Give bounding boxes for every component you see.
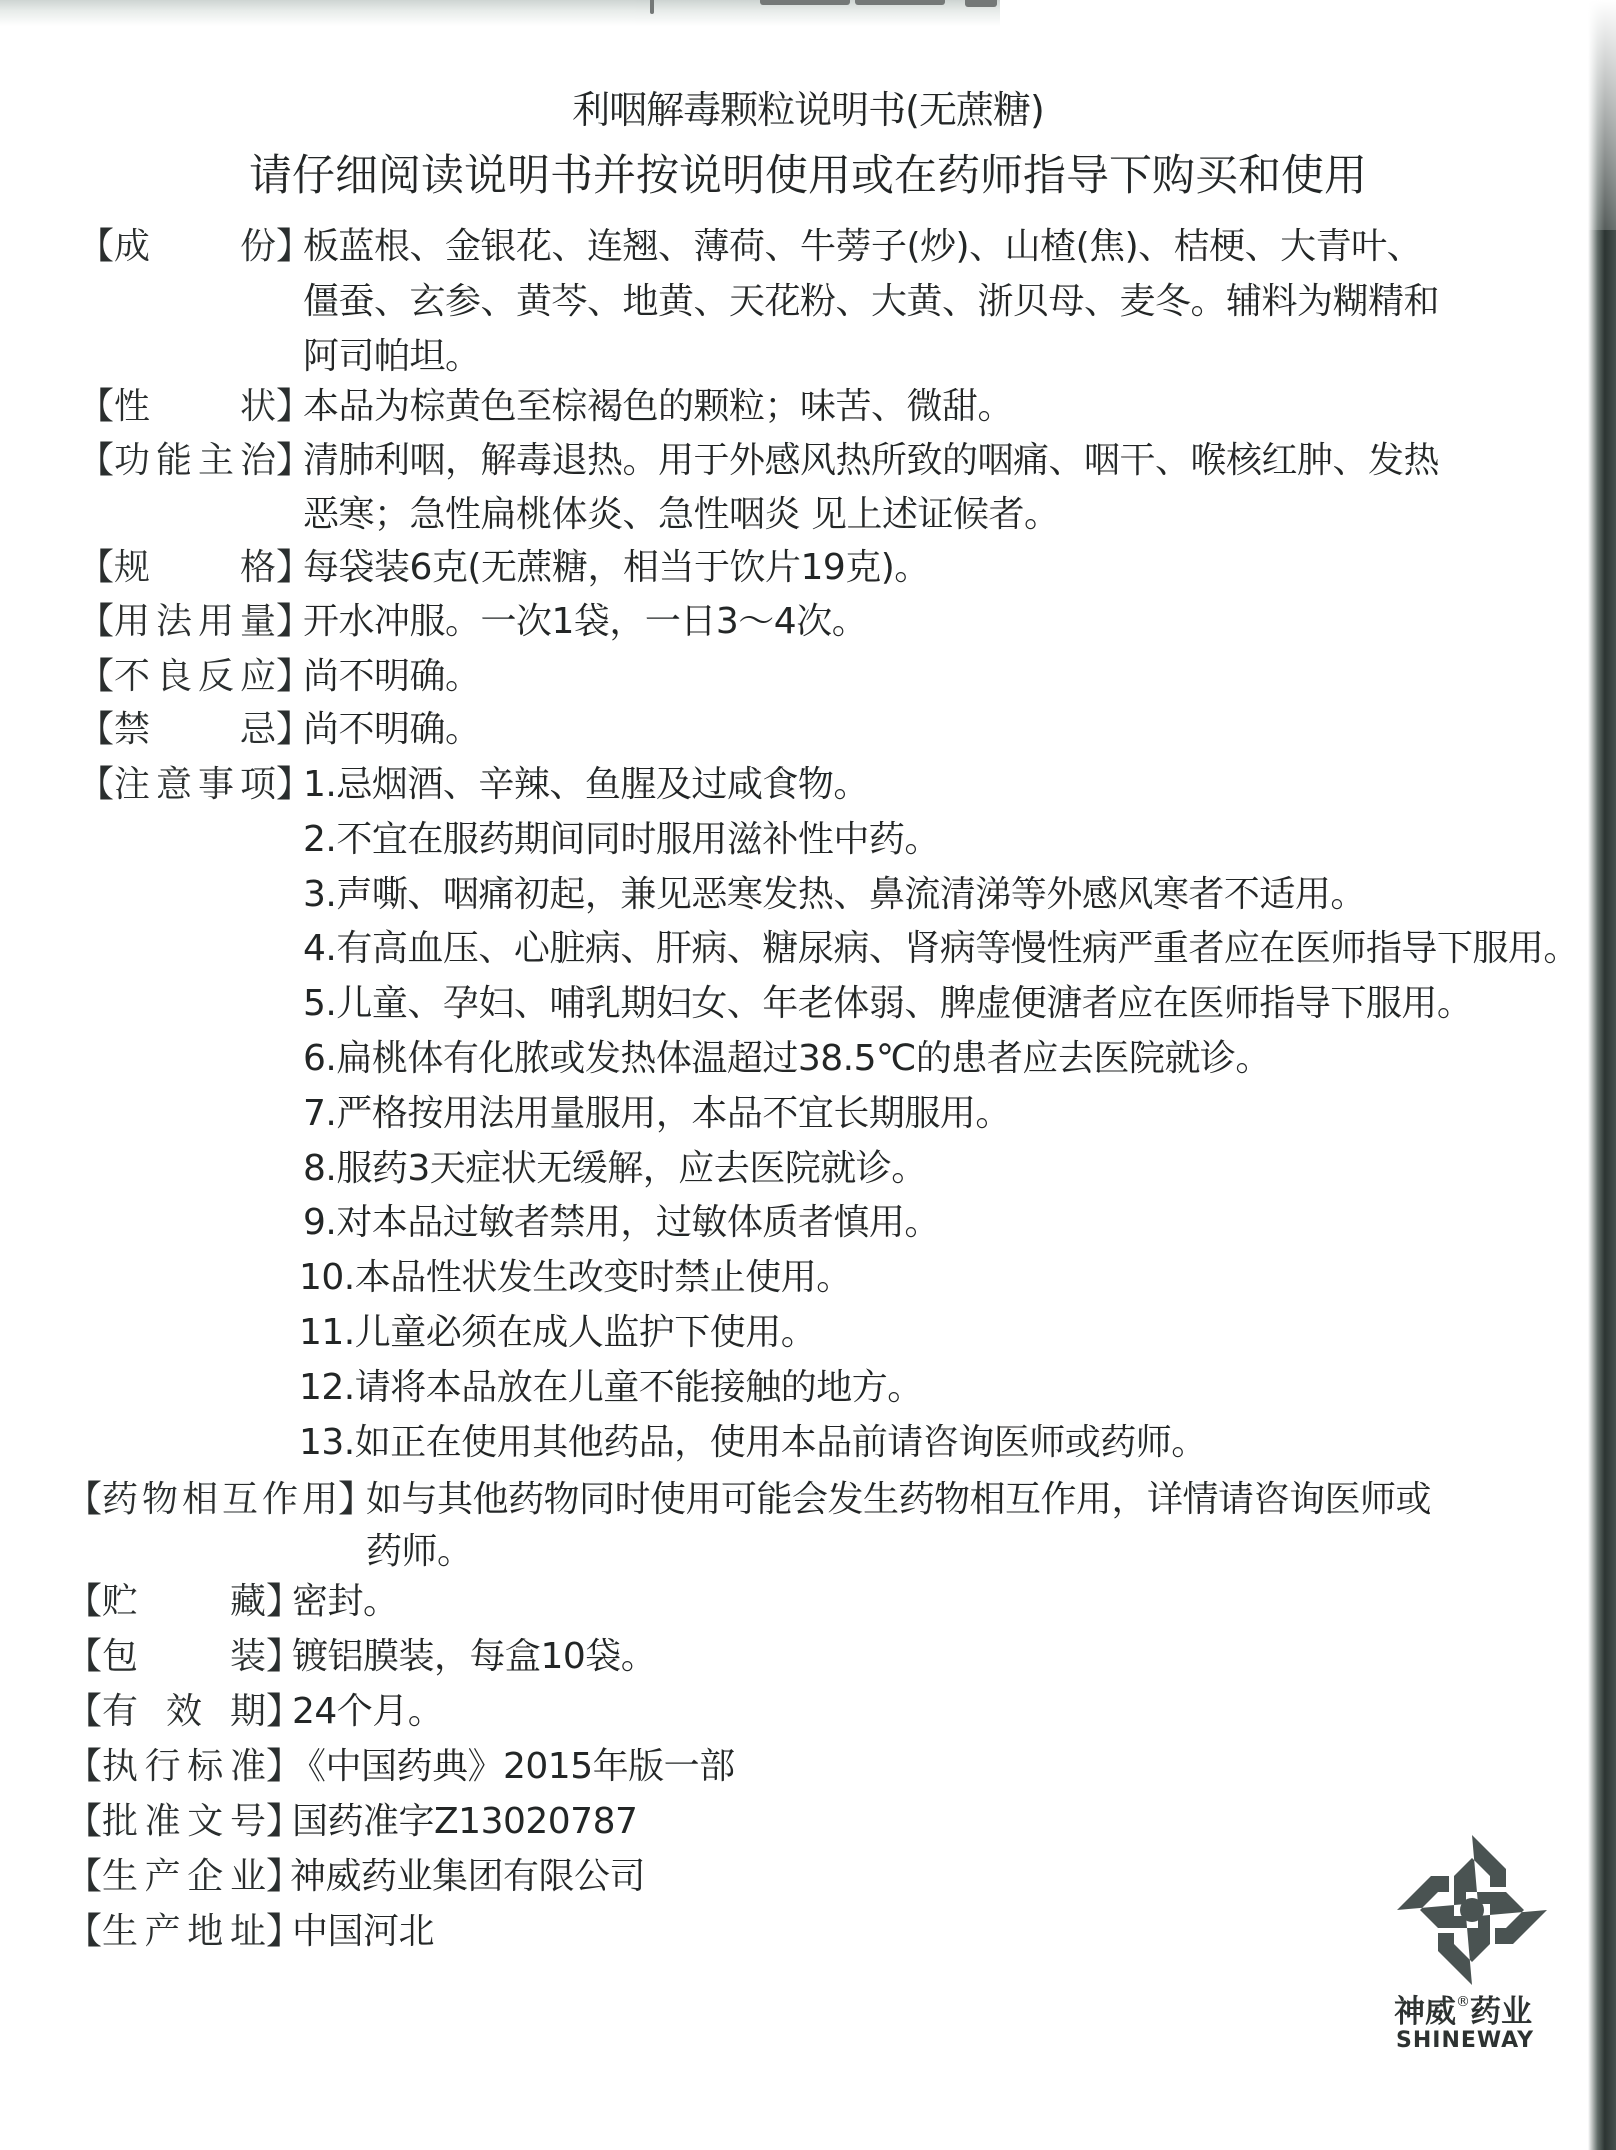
label-char: 应	[240, 650, 276, 704]
section-text-line: 开水冲服。一次1袋，一日3～4次。	[303, 595, 867, 649]
precaution-item: 13.如正在使用其他药品，使用本品前请咨询医师或药师。	[299, 1416, 1207, 1470]
label-char: 址	[230, 1905, 266, 1959]
section-label: 【禁忌】	[92, 703, 300, 757]
label-char: 注	[114, 758, 150, 812]
bracket-open: 【	[78, 541, 114, 595]
label-char: 事	[198, 758, 234, 812]
label-char: 物	[142, 1473, 178, 1527]
label-char: 忌	[240, 703, 276, 757]
precaution-item: 7.严格按用法用量服用，本品不宜长期服用。	[303, 1087, 1011, 1141]
label-char: 作	[262, 1473, 298, 1527]
precaution-item: 2.不宜在服药期间同时服用滋补性中药。	[303, 813, 940, 867]
label-char: 企	[187, 1850, 223, 1904]
precaution-item: 11.儿童必须在成人监护下使用。	[299, 1306, 816, 1360]
label-char: 业	[230, 1850, 266, 1904]
section-text-line: 僵蚕、玄参、黄芩、地黄、天花粉、大黄、浙贝母、麦冬。辅料为糊精和	[303, 275, 1439, 329]
label-char: 药	[102, 1473, 138, 1527]
bracket-open: 【	[78, 703, 114, 757]
label-char: 治	[240, 434, 276, 488]
bracket-open: 【	[66, 1473, 102, 1527]
section-text-line: 密封。	[292, 1575, 399, 1629]
section-label-text: 贮藏	[102, 1575, 266, 1629]
label-char: 份	[240, 220, 276, 274]
label-char: 相	[182, 1473, 218, 1527]
bracket-open: 【	[66, 1795, 102, 1849]
label-char: 格	[240, 541, 276, 595]
section-text-line: 神威药业集团有限公司	[290, 1850, 645, 1904]
precaution-item: 10.本品性状发生改变时禁止使用。	[299, 1251, 852, 1305]
scan-blot	[650, 0, 654, 14]
label-char: 性	[114, 380, 150, 434]
label-char: 互	[222, 1473, 258, 1527]
label-char: 法	[156, 595, 192, 649]
section-label: 【注意事项】	[92, 758, 300, 812]
label-char: 量	[240, 595, 276, 649]
section-text-line: 清肺利咽，解毒退热。用于外感风热所致的咽痛、咽干、喉核红肿、发热	[303, 434, 1439, 488]
section-label-text: 性状	[114, 380, 276, 434]
section-text-line: 药师。	[366, 1525, 473, 1579]
logo-name-cn-part1: 神威	[1394, 1994, 1456, 2030]
label-char: 生	[102, 1850, 138, 1904]
logo-name-en: SHINEWAY	[1396, 2028, 1548, 2053]
bracket-open: 【	[78, 758, 114, 812]
label-char: 能	[156, 434, 192, 488]
label-char: 反	[198, 650, 234, 704]
section-label-text: 规格	[114, 541, 276, 595]
section-label: 【用法用量】	[92, 595, 300, 649]
registered-mark: ®	[1456, 1994, 1470, 2010]
scan-right-edge	[1588, 0, 1616, 2150]
document-subtitle: 请仔细阅读说明书并按说明使用或在药师指导下购买和使用	[0, 148, 1616, 204]
label-char: 准	[145, 1795, 181, 1849]
label-char: 用	[302, 1473, 338, 1527]
section-label-text: 执行标准	[102, 1740, 266, 1794]
section-text-line: 尚不明确。	[303, 703, 481, 757]
bracket-open: 【	[78, 434, 114, 488]
label-char: 文	[187, 1795, 223, 1849]
bracket-open: 【	[78, 220, 114, 274]
label-char: 产	[145, 1905, 181, 1959]
precaution-item: 6.扁桃体有化脓或发热体温超过38.5℃的患者应去医院就诊。	[303, 1032, 1271, 1086]
scan-blot	[855, 0, 945, 5]
section-label-text: 有效期	[102, 1685, 266, 1739]
bracket-open: 【	[66, 1740, 102, 1794]
label-char: 期	[230, 1685, 266, 1739]
section-text-line: 24个月。	[292, 1685, 443, 1739]
section-label: 【贮藏】	[80, 1575, 290, 1629]
section-text-line: 恶寒；急性扁桃体炎、急性咽炎 见上述证候者。	[303, 488, 1059, 542]
bracket-open: 【	[66, 1685, 102, 1739]
section-label: 【功能主治】	[92, 434, 300, 488]
section-text-line: 板蓝根、金银花、连翘、薄荷、牛蒡子(炒)、山楂(焦)、桔梗、大青叶、	[303, 220, 1422, 274]
section-text-line: 阿司帕坦。	[303, 330, 481, 384]
section-text-line: 尚不明确。	[303, 650, 481, 704]
precaution-item: 1.忌烟酒、辛辣、鱼腥及过咸食物。	[303, 758, 869, 812]
section-label-text: 生产地址	[102, 1905, 266, 1959]
label-char: 不	[114, 650, 150, 704]
label-char: 功	[114, 434, 150, 488]
section-label-text: 药物相互作用	[102, 1473, 338, 1527]
label-char: 良	[156, 650, 192, 704]
label-char: 行	[145, 1740, 181, 1794]
section-label-text: 禁忌	[114, 703, 276, 757]
bracket-open: 【	[78, 650, 114, 704]
section-text-line: 镀铝膜装，每盒10袋。	[292, 1630, 656, 1684]
section-label: 【不良反应】	[92, 650, 300, 704]
label-char: 主	[198, 434, 234, 488]
section-label: 【执行标准】	[80, 1740, 290, 1794]
section-label: 【规格】	[92, 541, 300, 595]
section-label: 【药物相互作用】	[80, 1473, 362, 1527]
section-text-line: 《中国药典》2015年版一部	[290, 1740, 735, 1794]
bracket-open: 【	[66, 1630, 102, 1684]
section-label: 【有效期】	[80, 1685, 290, 1739]
label-char: 状	[240, 380, 276, 434]
section-label-text: 包装	[102, 1630, 266, 1684]
label-char: 批	[102, 1795, 138, 1849]
section-label: 【性状】	[92, 380, 300, 434]
label-char: 成	[114, 220, 150, 274]
precaution-item: 9.对本品过敏者禁用，过敏体质者慎用。	[303, 1196, 940, 1250]
section-label-text: 不良反应	[114, 650, 276, 704]
label-char: 藏	[230, 1575, 266, 1629]
section-label: 【生产地址】	[80, 1905, 290, 1959]
label-char: 项	[240, 758, 276, 812]
label-char: 贮	[102, 1575, 138, 1629]
label-char: 禁	[114, 703, 150, 757]
bracket-open: 【	[66, 1575, 102, 1629]
precaution-item: 3.声嘶、咽痛初起，兼见恶寒发热、鼻流清涕等外感风寒者不适用。	[303, 868, 1366, 922]
label-char: 用	[198, 595, 234, 649]
label-char: 规	[114, 541, 150, 595]
scan-blot	[760, 0, 850, 5]
bracket-open: 【	[78, 595, 114, 649]
precaution-item: 5.儿童、孕妇、哺乳期妇女、年老体弱、脾虚便溏者应在医师指导下服用。	[303, 977, 1472, 1031]
section-label-text: 功能主治	[114, 434, 276, 488]
label-char: 号	[230, 1795, 266, 1849]
section-text-line: 每袋装6克(无蔗糖，相当于饮片19克)。	[303, 541, 930, 595]
section-label-text: 注意事项	[114, 758, 276, 812]
section-text-line: 中国河北	[292, 1905, 434, 1959]
section-label: 【包装】	[80, 1630, 290, 1684]
section-label: 【生产企业】	[80, 1850, 290, 1904]
scan-blot	[965, 0, 997, 7]
label-char: 装	[230, 1630, 266, 1684]
section-label-text: 成份	[114, 220, 276, 274]
label-char: 用	[114, 595, 150, 649]
section-text-line: 如与其他药物同时使用可能会发生药物相互作用，详情请咨询医师或	[366, 1473, 1431, 1527]
section-text-line: 国药准字Z13020787	[292, 1795, 637, 1849]
section-label: 【成份】	[92, 220, 300, 274]
label-char: 包	[102, 1630, 138, 1684]
precaution-item: 12.请将本品放在儿童不能接触的地方。	[299, 1361, 923, 1415]
section-text-line: 本品为棕黄色至棕褐色的颗粒；味苦、微甜。	[303, 380, 1013, 434]
precaution-item: 4.有高血压、心脏病、肝病、糖尿病、肾病等慢性病严重者应在医师指导下服用。	[303, 922, 1579, 976]
label-char: 执	[102, 1740, 138, 1794]
bracket-open: 【	[78, 380, 114, 434]
scan-top-smudge	[0, 0, 1000, 26]
logo-name-cn-part2: 药业	[1470, 1994, 1532, 2030]
section-label-text: 生产企业	[102, 1850, 266, 1904]
label-char: 意	[156, 758, 192, 812]
section-label: 【批准文号】	[80, 1795, 290, 1849]
label-char: 效	[166, 1685, 202, 1739]
precaution-item: 8.服药3天症状无缓解，应去医院就诊。	[303, 1142, 927, 1196]
label-char: 标	[187, 1740, 223, 1794]
label-char: 有	[102, 1685, 138, 1739]
section-label-text: 批准文号	[102, 1795, 266, 1849]
logo-name-cn: 神威®药业	[1394, 1986, 1550, 2031]
label-char: 准	[230, 1740, 266, 1794]
section-label-text: 用法用量	[114, 595, 276, 649]
label-char: 产	[145, 1850, 181, 1904]
label-char: 地	[187, 1905, 223, 1959]
document-title: 利咽解毒颗粒说明书(无蔗糖)	[0, 85, 1616, 135]
label-char: 生	[102, 1905, 138, 1959]
bracket-open: 【	[66, 1850, 102, 1904]
bracket-open: 【	[66, 1905, 102, 1959]
shineway-logo-icon	[1394, 1832, 1550, 1988]
